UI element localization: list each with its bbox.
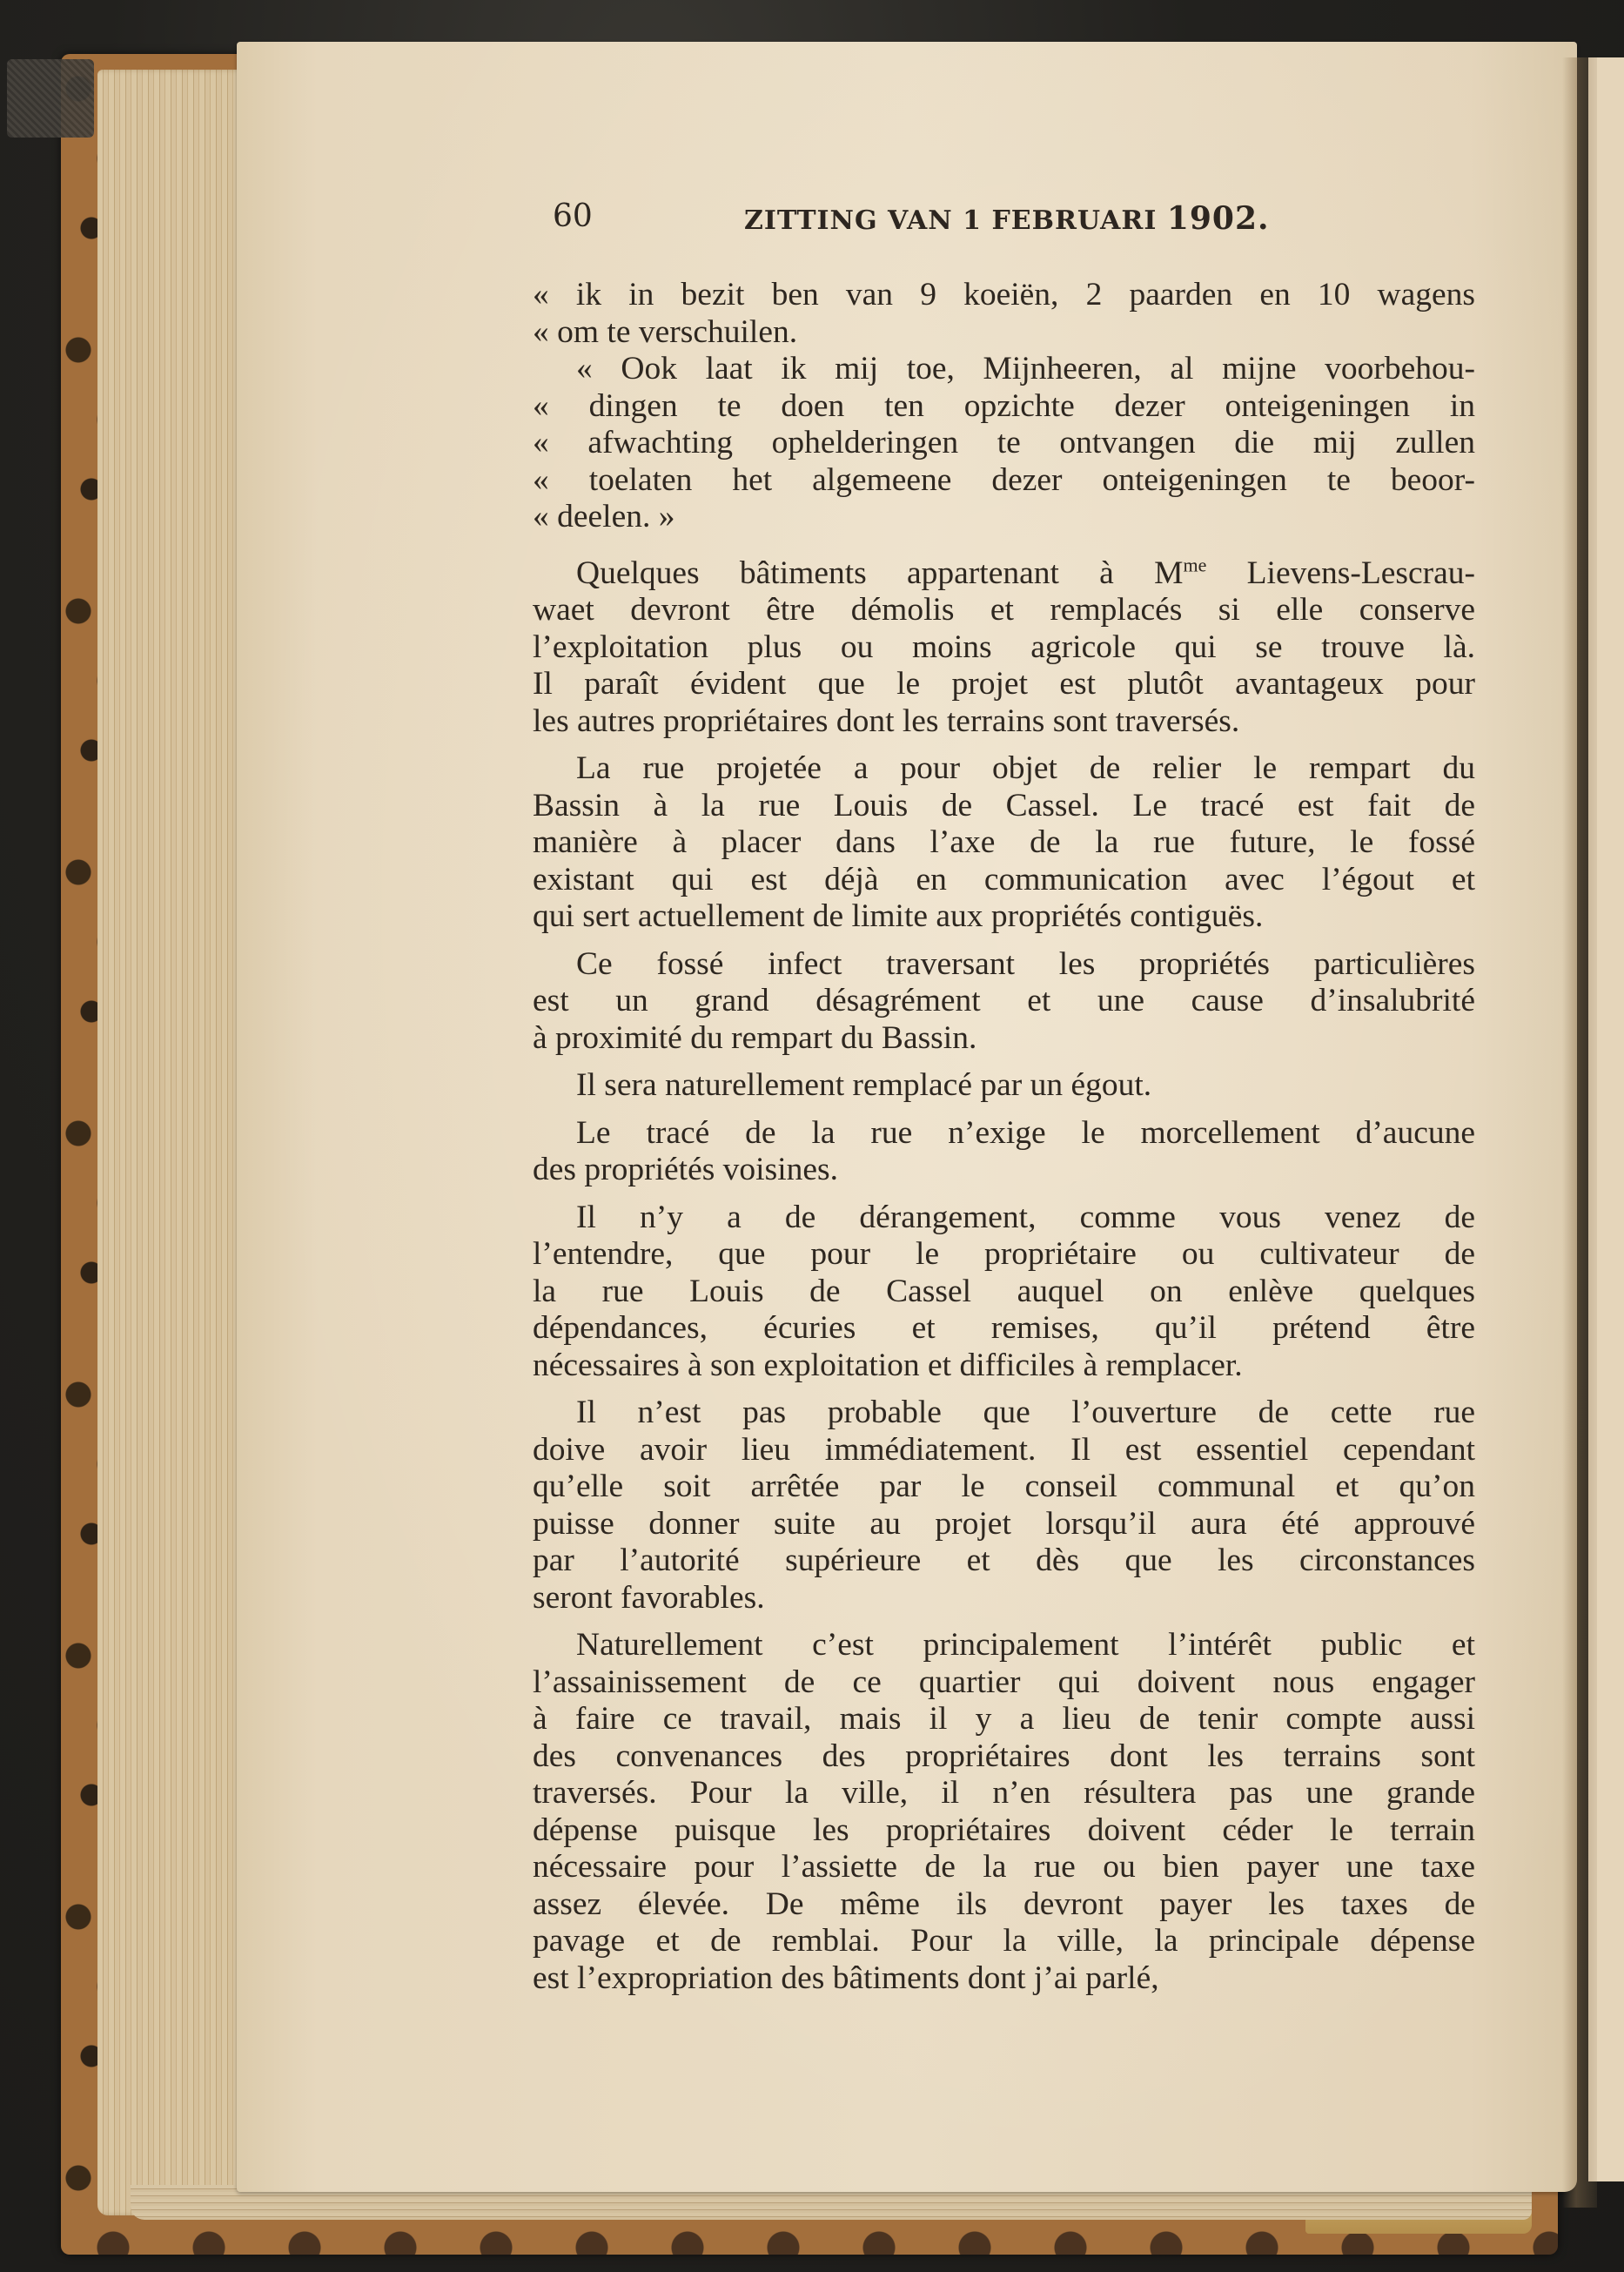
paragraph: La rue projetée a pour objet de relier l… [533, 750, 1475, 936]
running-header: 60 ZITTING VAN 1 FEBRUARI 1902. [553, 198, 1527, 242]
text-line: qui sert actuellement de limite aux prop… [533, 898, 1475, 936]
text-line: Il paraît évident que le projet est plut… [533, 666, 1475, 703]
text-line: « deelen. » [533, 499, 1475, 536]
text-line: dépense puisque les propriétaires doiven… [533, 1812, 1475, 1850]
text-line: Il n’est pas probable que l’ouverture de… [533, 1395, 1475, 1432]
text-fragment: Lievens-Lescrau- [1206, 555, 1475, 591]
text-line: Naturellement c’est principalement l’int… [533, 1627, 1475, 1664]
text-line: les autres propriétaires dont les terrai… [533, 703, 1475, 741]
text-line: « om te verschuilen. [533, 314, 1475, 352]
text-line: « Ook laat ik mij toe, Mijnheeren, al mi… [533, 351, 1475, 388]
text-line: « afwachting ophelderingen te ontvangen … [533, 425, 1475, 462]
text-line: dépendances, écuries et remises, qu’il p… [533, 1310, 1475, 1348]
paragraph: Le tracé de la rue n’exige le morcelleme… [533, 1115, 1475, 1189]
text-line: waet devront être démolis et remplacés s… [533, 592, 1475, 629]
text-line: par l’autorité supérieure et dès que les… [533, 1543, 1475, 1580]
text-line: La rue projetée a pour objet de relier l… [533, 750, 1475, 788]
text-line: puisse donner suite au projet lorsqu’il … [533, 1506, 1475, 1543]
quote-block: « ik in bezit ben van 9 koeiën, 2 paarde… [533, 277, 1475, 536]
page-gutter-shadow [1562, 57, 1597, 2208]
text-line: Ce fossé infect traversant les propriété… [533, 946, 1475, 984]
text-line: qu’elle soit arrêtée par le conseil comm… [533, 1469, 1475, 1506]
paragraph: Il sera naturellement remplacé par un ég… [533, 1067, 1475, 1105]
page-edges-left [97, 70, 245, 2215]
text-line: l’assainissement de ce quartier qui doiv… [533, 1664, 1475, 1702]
text-line: des propriétés voisines. [533, 1152, 1475, 1189]
text-line: des convenances des propriétaires dont l… [533, 1738, 1475, 1776]
text-line: l’exploitation plus ou moins agricole qu… [533, 629, 1475, 667]
spine-cloth-tear [7, 59, 94, 138]
text-fragment: Quelques bâtiments appartenant à M [576, 555, 1183, 591]
superscript: me [1183, 554, 1206, 575]
paragraph: Quelques bâtiments appartenant à Mme Lie… [533, 555, 1475, 741]
header-year: 1902. [1167, 200, 1270, 237]
text-line: Bassin à la rue Louis de Cassel. Le trac… [533, 788, 1475, 825]
text-line: à proximité du rempart du Bassin. [533, 1020, 1475, 1058]
text-line: Il n’y a de dérangement, comme vous vene… [533, 1200, 1475, 1237]
text-line: est l’expropriation des bâtiments dont j… [533, 1960, 1475, 1998]
text-line: Il sera naturellement remplacé par un ég… [533, 1067, 1475, 1105]
header-title-text: ZITTING VAN 1 FEBRUARI [744, 205, 1167, 236]
text-line: assez élevée. De même ils devront payer … [533, 1886, 1475, 1924]
paragraph: Ce fossé infect traversant les propriété… [533, 946, 1475, 1058]
paragraph: Il n’est pas probable que l’ouverture de… [533, 1395, 1475, 1617]
text-line: « ik in bezit ben van 9 koeiën, 2 paarde… [533, 277, 1475, 314]
text-line: pavage et de remblai. Pour la ville, la … [533, 1923, 1475, 1960]
text-line: manière à placer dans l’axe de la rue fu… [533, 824, 1475, 862]
paragraph: Naturellement c’est principalement l’int… [533, 1627, 1475, 1997]
text-line: doive avoir lieu immédiatement. Il est e… [533, 1432, 1475, 1469]
text-line: Quelques bâtiments appartenant à Mme Lie… [533, 555, 1475, 593]
text-line: Le tracé de la rue n’exige le morcelleme… [533, 1115, 1475, 1153]
page-number: 60 [553, 198, 593, 234]
text-line: nécessaire pour l’assiette de la rue ou … [533, 1849, 1475, 1886]
text-line: est un grand désagrément et une cause d’… [533, 983, 1475, 1020]
header-title: ZITTING VAN 1 FEBRUARI 1902. [744, 200, 1270, 237]
text-line: à faire ce travail, mais il y a lieu de … [533, 1701, 1475, 1738]
text-line: la rue Louis de Cassel auquel on enlève … [533, 1274, 1475, 1311]
paragraph: Il n’y a de dérangement, comme vous vene… [533, 1200, 1475, 1385]
text-line: existant qui est déjà en communication a… [533, 862, 1475, 899]
text-line: l’entendre, que pour le propriétaire ou … [533, 1236, 1475, 1274]
body-text: « ik in bezit ben van 9 koeiën, 2 paarde… [533, 277, 1475, 1997]
text-line: traversés. Pour la ville, il n’en résult… [533, 1775, 1475, 1812]
text-line: seront favorables. [533, 1580, 1475, 1617]
text-line: « toelaten het algemeene dezer onteigeni… [533, 462, 1475, 500]
text-line: nécessaires à son exploitation et diffic… [533, 1348, 1475, 1385]
text-line: « dingen te doen ten opzichte dezer onte… [533, 388, 1475, 426]
